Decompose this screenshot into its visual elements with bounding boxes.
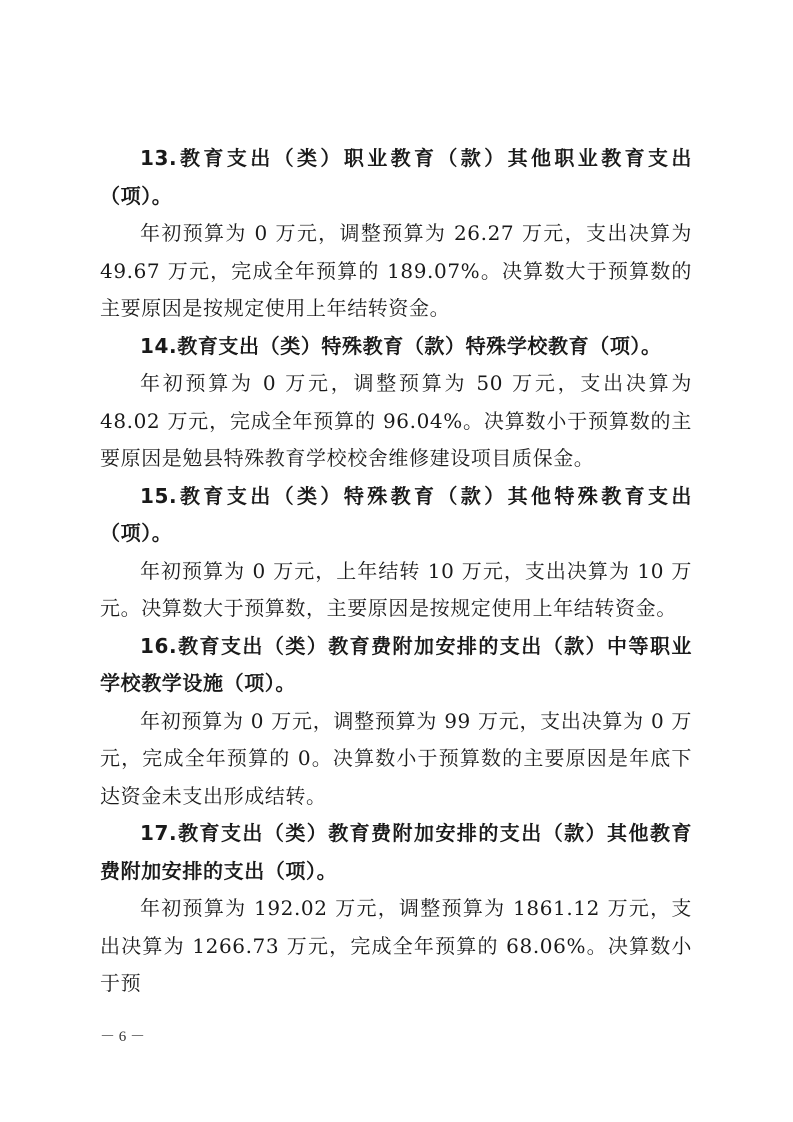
document-page: 13.教育支出（类）职业教育（款）其他职业教育支出（项）。 年初预算为 0 万元… — [100, 140, 692, 1003]
section-body-15: 年初预算为 0 万元，上年结转 10 万元，支出决算为 10 万元。决算数大于预… — [100, 553, 692, 628]
section-body-17: 年初预算为 192.02 万元，调整预算为 1861.12 万元，支出决算为 1… — [100, 890, 692, 1003]
section-body-14: 年初预算为 0 万元，调整预算为 50 万元，支出决算为 48.02 万元，完成… — [100, 365, 692, 478]
section-heading-15: 15.教育支出（类）特殊教育（款）其他特殊教育支出（项）。 — [100, 478, 692, 553]
section-heading-13: 13.教育支出（类）职业教育（款）其他职业教育支出（项）。 — [100, 140, 692, 215]
section-heading-14: 14.教育支出（类）特殊教育（款）特殊学校教育（项）。 — [100, 328, 692, 366]
section-heading-17: 17.教育支出（类）教育费附加安排的支出（款）其他教育费附加安排的支出（项）。 — [100, 815, 692, 890]
section-heading-16: 16.教育支出（类）教育费附加安排的支出（款）中等职业学校教学设施（项）。 — [100, 628, 692, 703]
section-body-13: 年初预算为 0 万元，调整预算为 26.27 万元，支出决算为 49.67 万元… — [100, 215, 692, 328]
section-body-16: 年初预算为 0 万元，调整预算为 99 万元，支出决算为 0 万元，完成全年预算… — [100, 703, 692, 816]
page-number: － 6 － — [100, 1025, 145, 1046]
